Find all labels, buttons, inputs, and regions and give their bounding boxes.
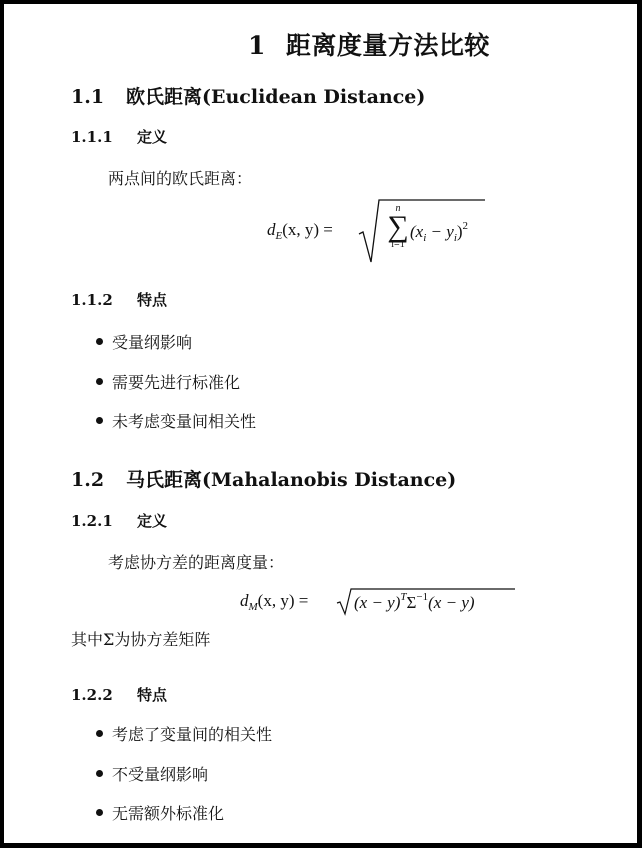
- euclidean-intro: 两点间的欧氏距离：: [108, 166, 252, 189]
- bullet-icon: [96, 730, 103, 737]
- subsubsection-title-euclidean-features: 1.1.2特点: [71, 289, 167, 310]
- subsubsection-title-text: 定义: [137, 512, 167, 530]
- bullet-icon: [96, 378, 103, 385]
- list-item-text: 需要先进行标准化: [112, 373, 240, 392]
- list-item: 考虑了变量间的相关性: [96, 722, 272, 745]
- subsubsection-number: 1.2.1: [71, 512, 137, 530]
- mahalanobis-note: 其中Σ为协方差矩阵: [71, 627, 210, 650]
- subsubsection-title-text: 定义: [137, 128, 167, 146]
- sigma-symbol: Σ: [407, 593, 417, 612]
- list-item: 无需额外标准化: [96, 801, 224, 824]
- radicand-b: (x − y): [428, 593, 474, 612]
- summation: n ∑ i=1: [384, 204, 412, 250]
- subsubsection-title-euclidean-definition: 1.1.1定义: [71, 126, 167, 147]
- formula-lhs: d: [267, 220, 276, 239]
- formula-body-b: − y: [426, 222, 454, 241]
- list-item: 未考虑变量间相关性: [96, 409, 256, 432]
- list-item-text: 考虑了变量间的相关性: [112, 725, 272, 744]
- subsubsection-title-mahalanobis-definition: 1.2.1定义: [71, 510, 167, 531]
- mahalanobis-intro: 考虑协方差的距离度量：: [108, 550, 284, 573]
- inverse-superscript: −1: [416, 591, 428, 603]
- subsubsection-title-text: 特点: [137, 291, 167, 309]
- formula-radicand: (x − y)TΣ−1(x − y): [354, 591, 475, 613]
- subsection-title-text: 欧氏距离(Euclidean Distance): [126, 86, 425, 108]
- radicand-a: (x − y): [354, 593, 400, 612]
- document-page: 1距离度量方法比较 1.1欧氏距离(Euclidean Distance) 1.…: [4, 4, 637, 843]
- subsection-title-text: 马氏距离(Mahalanobis Distance): [126, 469, 456, 491]
- section-number: 1: [248, 31, 266, 60]
- formula-lhs-subscript: M: [249, 601, 258, 613]
- sum-symbol: ∑: [384, 214, 412, 240]
- list-item: 需要先进行标准化: [96, 370, 240, 393]
- list-item: 不受量纲影响: [96, 762, 208, 785]
- formula-body-a: (x: [410, 222, 423, 241]
- bullet-icon: [96, 809, 103, 816]
- subsection-number: 1.1: [71, 86, 126, 108]
- subsubsection-title-mahalanobis-features: 1.2.2特点: [71, 684, 167, 705]
- subsection-title-euclidean: 1.1欧氏距离(Euclidean Distance): [71, 82, 425, 109]
- formula-args: (x, y) =: [282, 220, 333, 239]
- list-item-text: 不受量纲影响: [112, 765, 208, 784]
- formula-power: 2: [463, 220, 469, 232]
- list-item: 受量纲影响: [96, 330, 192, 353]
- subsection-number: 1.2: [71, 469, 126, 491]
- bullet-icon: [96, 338, 103, 345]
- subsubsection-number: 1.2.2: [71, 686, 137, 704]
- subsection-title-mahalanobis: 1.2马氏距离(Mahalanobis Distance): [71, 465, 456, 492]
- list-item-text: 受量纲影响: [112, 333, 192, 352]
- subsubsection-number: 1.1.2: [71, 291, 137, 309]
- mahalanobis-formula: dM(x, y) = (x − y)TΣ−1(x − y): [240, 587, 530, 617]
- bullet-icon: [96, 770, 103, 777]
- section-title-text: 距离度量方法比较: [286, 31, 490, 60]
- list-item-text: 无需额外标准化: [112, 804, 224, 823]
- bullet-icon: [96, 417, 103, 424]
- formula-lhs: d: [240, 591, 249, 610]
- formula-args: (x, y) =: [258, 591, 309, 610]
- subsubsection-number: 1.1.1: [71, 128, 137, 146]
- formula-body: (xi − yi)2: [410, 220, 468, 244]
- subsubsection-title-text: 特点: [137, 686, 167, 704]
- section-title: 1距离度量方法比较: [248, 26, 490, 62]
- list-item-text: 未考虑变量间相关性: [112, 412, 256, 431]
